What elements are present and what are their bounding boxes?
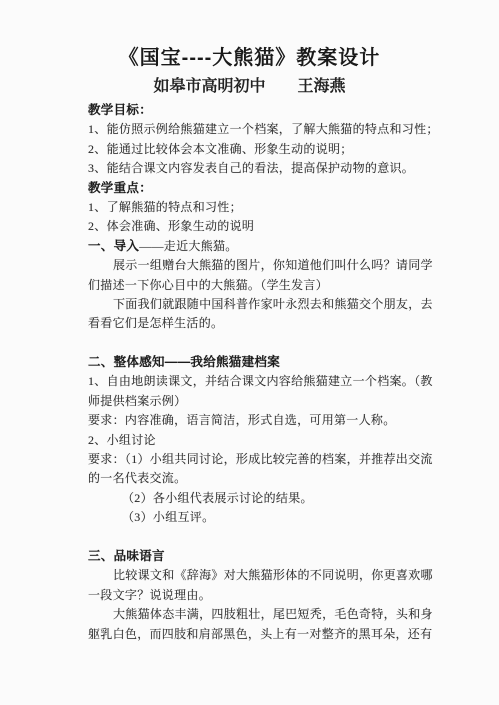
text-line: 2、体会准确、形象生动的说明 — [88, 217, 468, 236]
text-line: 1、能仿照示例给熊猫建立一个档案，了解大熊猫的特点和习性； — [88, 120, 468, 139]
text-line: 1、自由地朗读课文，并结合课文内容给熊猫建立一个档案。（教 — [88, 372, 468, 391]
text-line: 看看它们是怎样生活的。 — [88, 314, 468, 333]
text-line: 们描述一下你心目中的大熊猫。（学生发言） — [88, 276, 468, 295]
text-line: 2、小组讨论 — [88, 431, 468, 450]
subtitle-author: 王海燕 — [298, 78, 346, 95]
subtitle-school: 如皋市高明初中 — [153, 78, 265, 95]
text-line: 1、了解熊猫的特点和习性； — [88, 198, 468, 217]
text-line: 下面我们就跟随中国科普作家叶永烈去和熊猫交个朋友，去 — [88, 295, 468, 314]
section-heading-line: 教学目标： — [88, 101, 468, 120]
text-line: 一段文字？说说理由。 — [88, 586, 468, 605]
text-line: 要求：（1）小组共同讨论，形成比较完善的档案，并推荐出交流 — [88, 450, 468, 469]
blank-line — [88, 528, 468, 547]
section-heading-line: 二、整体感知——我给熊猫建档案 — [88, 353, 468, 372]
text-line: 2、能通过比较体会本文准确、形象生动的说明； — [88, 140, 468, 159]
text-line: （3）小组互评。 — [88, 508, 468, 527]
section-heading-line: 一、导入——走近大熊猫。 — [88, 237, 468, 256]
text-line: 大熊猫体态丰满，四肢粗壮，尾巴短秃，毛色奇特，头和身 — [88, 605, 468, 624]
text-line: （2）各小组代表展示讨论的结果。 — [88, 489, 468, 508]
text-line: 师提供档案示例） — [88, 392, 468, 411]
document-title: 《国宝----大熊猫》教案设计 — [0, 44, 499, 72]
text-line: 的一名代表交流。 — [88, 469, 468, 488]
section-heading-line: 三、品味语言 — [88, 547, 468, 566]
section-heading-line: 教学重点： — [88, 179, 468, 198]
text-line: 比较课文和《辞海》对大熊猫形体的不同说明，你更喜欢哪 — [88, 566, 468, 585]
text-line: 要求：内容准确，语言简洁，形式自选，可用第一人称。 — [88, 411, 468, 430]
text-line: 3、能结合课文内容发表自己的看法，提高保护动物的意识。 — [88, 159, 468, 178]
document-page: 《国宝----大熊猫》教案设计 如皋市高明初中王海燕 教学目标：1、能仿照示例给… — [0, 0, 499, 705]
heading-rest-text: ——走近大熊猫。 — [139, 239, 237, 253]
blank-line — [88, 334, 468, 353]
document-body: 教学目标：1、能仿照示例给熊猫建立一个档案，了解大熊猫的特点和习性；2、能通过比… — [88, 101, 468, 644]
heading-bold-prefix: 一、导入 — [88, 239, 139, 253]
document-subtitle: 如皋市高明初中王海燕 — [0, 76, 499, 98]
text-line: 躯乳白色，而四肢和肩部黑色，头上有一对整齐的黑耳朵，还有 — [88, 625, 468, 644]
text-line: 展示一组赠台大熊猫的图片，你知道他们叫什么吗？请同学 — [88, 256, 468, 275]
